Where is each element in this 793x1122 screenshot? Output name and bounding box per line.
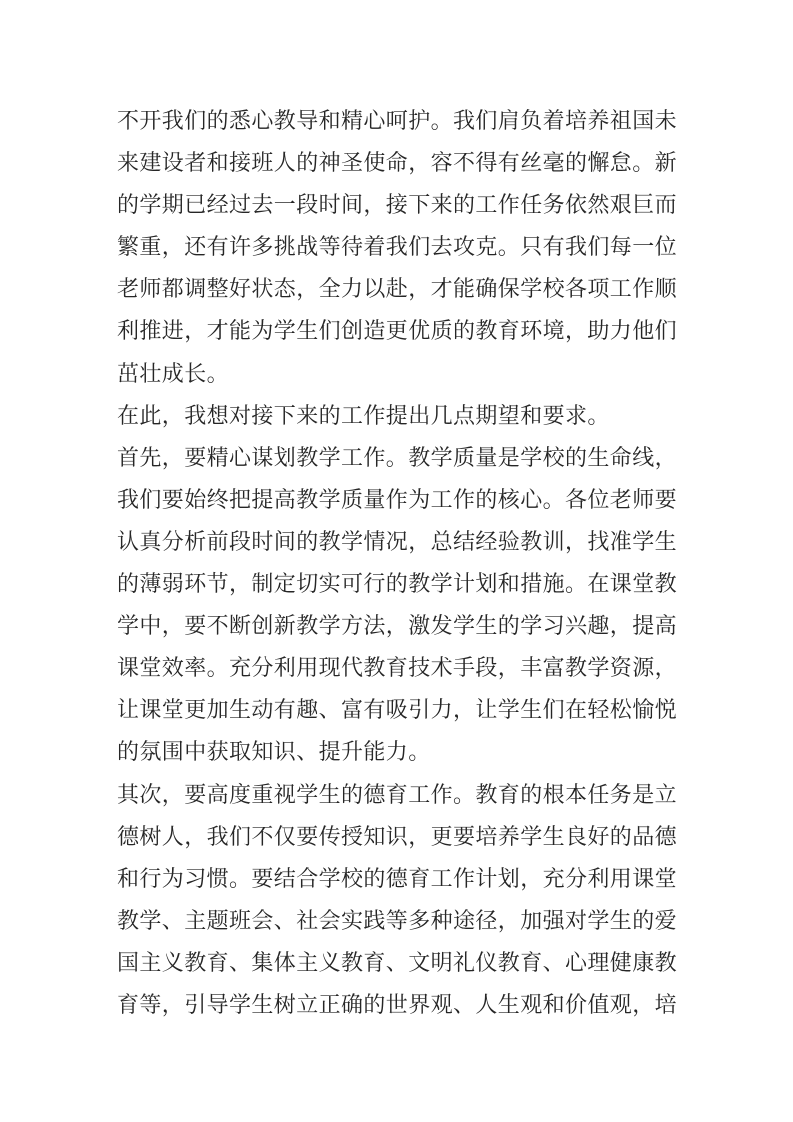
text-line: 的氛围中获取知识、提升能力。 bbox=[117, 731, 679, 773]
text-line: 学中，要不断创新教学方法，激发学生的学习兴趣，提高 bbox=[117, 605, 679, 647]
document-page: 不开我们的悉心教导和精心呵护。我们肩负着培养祖国未来建设者和接班人的神圣使命，容… bbox=[0, 0, 793, 1122]
text-line: 不开我们的悉心教导和精心呵护。我们肩负着培养祖国未 bbox=[117, 100, 679, 142]
text-line: 认真分析前段时间的教学情况，总结经验教训，找准学生 bbox=[117, 521, 679, 563]
text-line: 国主义教育、集体主义教育、文明礼仪教育、心理健康教 bbox=[117, 942, 679, 984]
text-line: 让课堂更加生动有趣、富有吸引力，让学生们在轻松愉悦 bbox=[117, 689, 679, 731]
text-line: 教学、主题班会、社会实践等多种途径，加强对学生的爱 bbox=[117, 900, 679, 942]
paragraph: 其次，要高度重视学生的德育工作。教育的根本任务是立德树人，我们不仅要传授知识，更… bbox=[117, 774, 679, 1027]
text-line: 利推进，才能为学生们创造更优质的教育环境，助力他们 bbox=[117, 310, 679, 352]
text-line: 茁壮成长。 bbox=[117, 353, 679, 395]
text-line: 繁重，还有许多挑战等待着我们去攻克。只有我们每一位 bbox=[117, 226, 679, 268]
text-line: 的薄弱环节，制定切实可行的教学计划和措施。在课堂教 bbox=[117, 563, 679, 605]
text-line: 老师都调整好状态，全力以赴，才能确保学校各项工作顺 bbox=[117, 268, 679, 310]
text-line: 来建设者和接班人的神圣使命，容不得有丝毫的懈怠。新 bbox=[117, 142, 679, 184]
text-line: 我们要始终把提高教学质量作为工作的核心。各位老师要 bbox=[117, 479, 679, 521]
text-line: 德树人，我们不仅要传授知识，更要培养学生良好的品德 bbox=[117, 816, 679, 858]
paragraph: 不开我们的悉心教导和精心呵护。我们肩负着培养祖国未来建设者和接班人的神圣使命，容… bbox=[117, 100, 679, 395]
text-line: 其次，要高度重视学生的德育工作。教育的根本任务是立 bbox=[117, 774, 679, 816]
paragraph: 首先，要精心谋划教学工作。教学质量是学校的生命线，我们要始终把提高教学质量作为工… bbox=[117, 437, 679, 774]
text-line: 和行为习惯。要结合学校的德育工作计划，充分利用课堂 bbox=[117, 858, 679, 900]
paragraph: 在此，我想对接下来的工作提出几点期望和要求。 bbox=[117, 395, 679, 437]
text-line: 的学期已经过去一段时间，接下来的工作任务依然艰巨而 bbox=[117, 184, 679, 226]
text-line: 首先，要精心谋划教学工作。教学质量是学校的生命线， bbox=[117, 437, 679, 479]
text-line: 课堂效率。充分利用现代教育技术手段，丰富教学资源， bbox=[117, 647, 679, 689]
document-body: 不开我们的悉心教导和精心呵护。我们肩负着培养祖国未来建设者和接班人的神圣使命，容… bbox=[117, 100, 679, 1026]
text-line: 在此，我想对接下来的工作提出几点期望和要求。 bbox=[117, 395, 679, 437]
text-line: 育等，引导学生树立正确的世界观、人生观和价值观，培 bbox=[117, 984, 679, 1026]
